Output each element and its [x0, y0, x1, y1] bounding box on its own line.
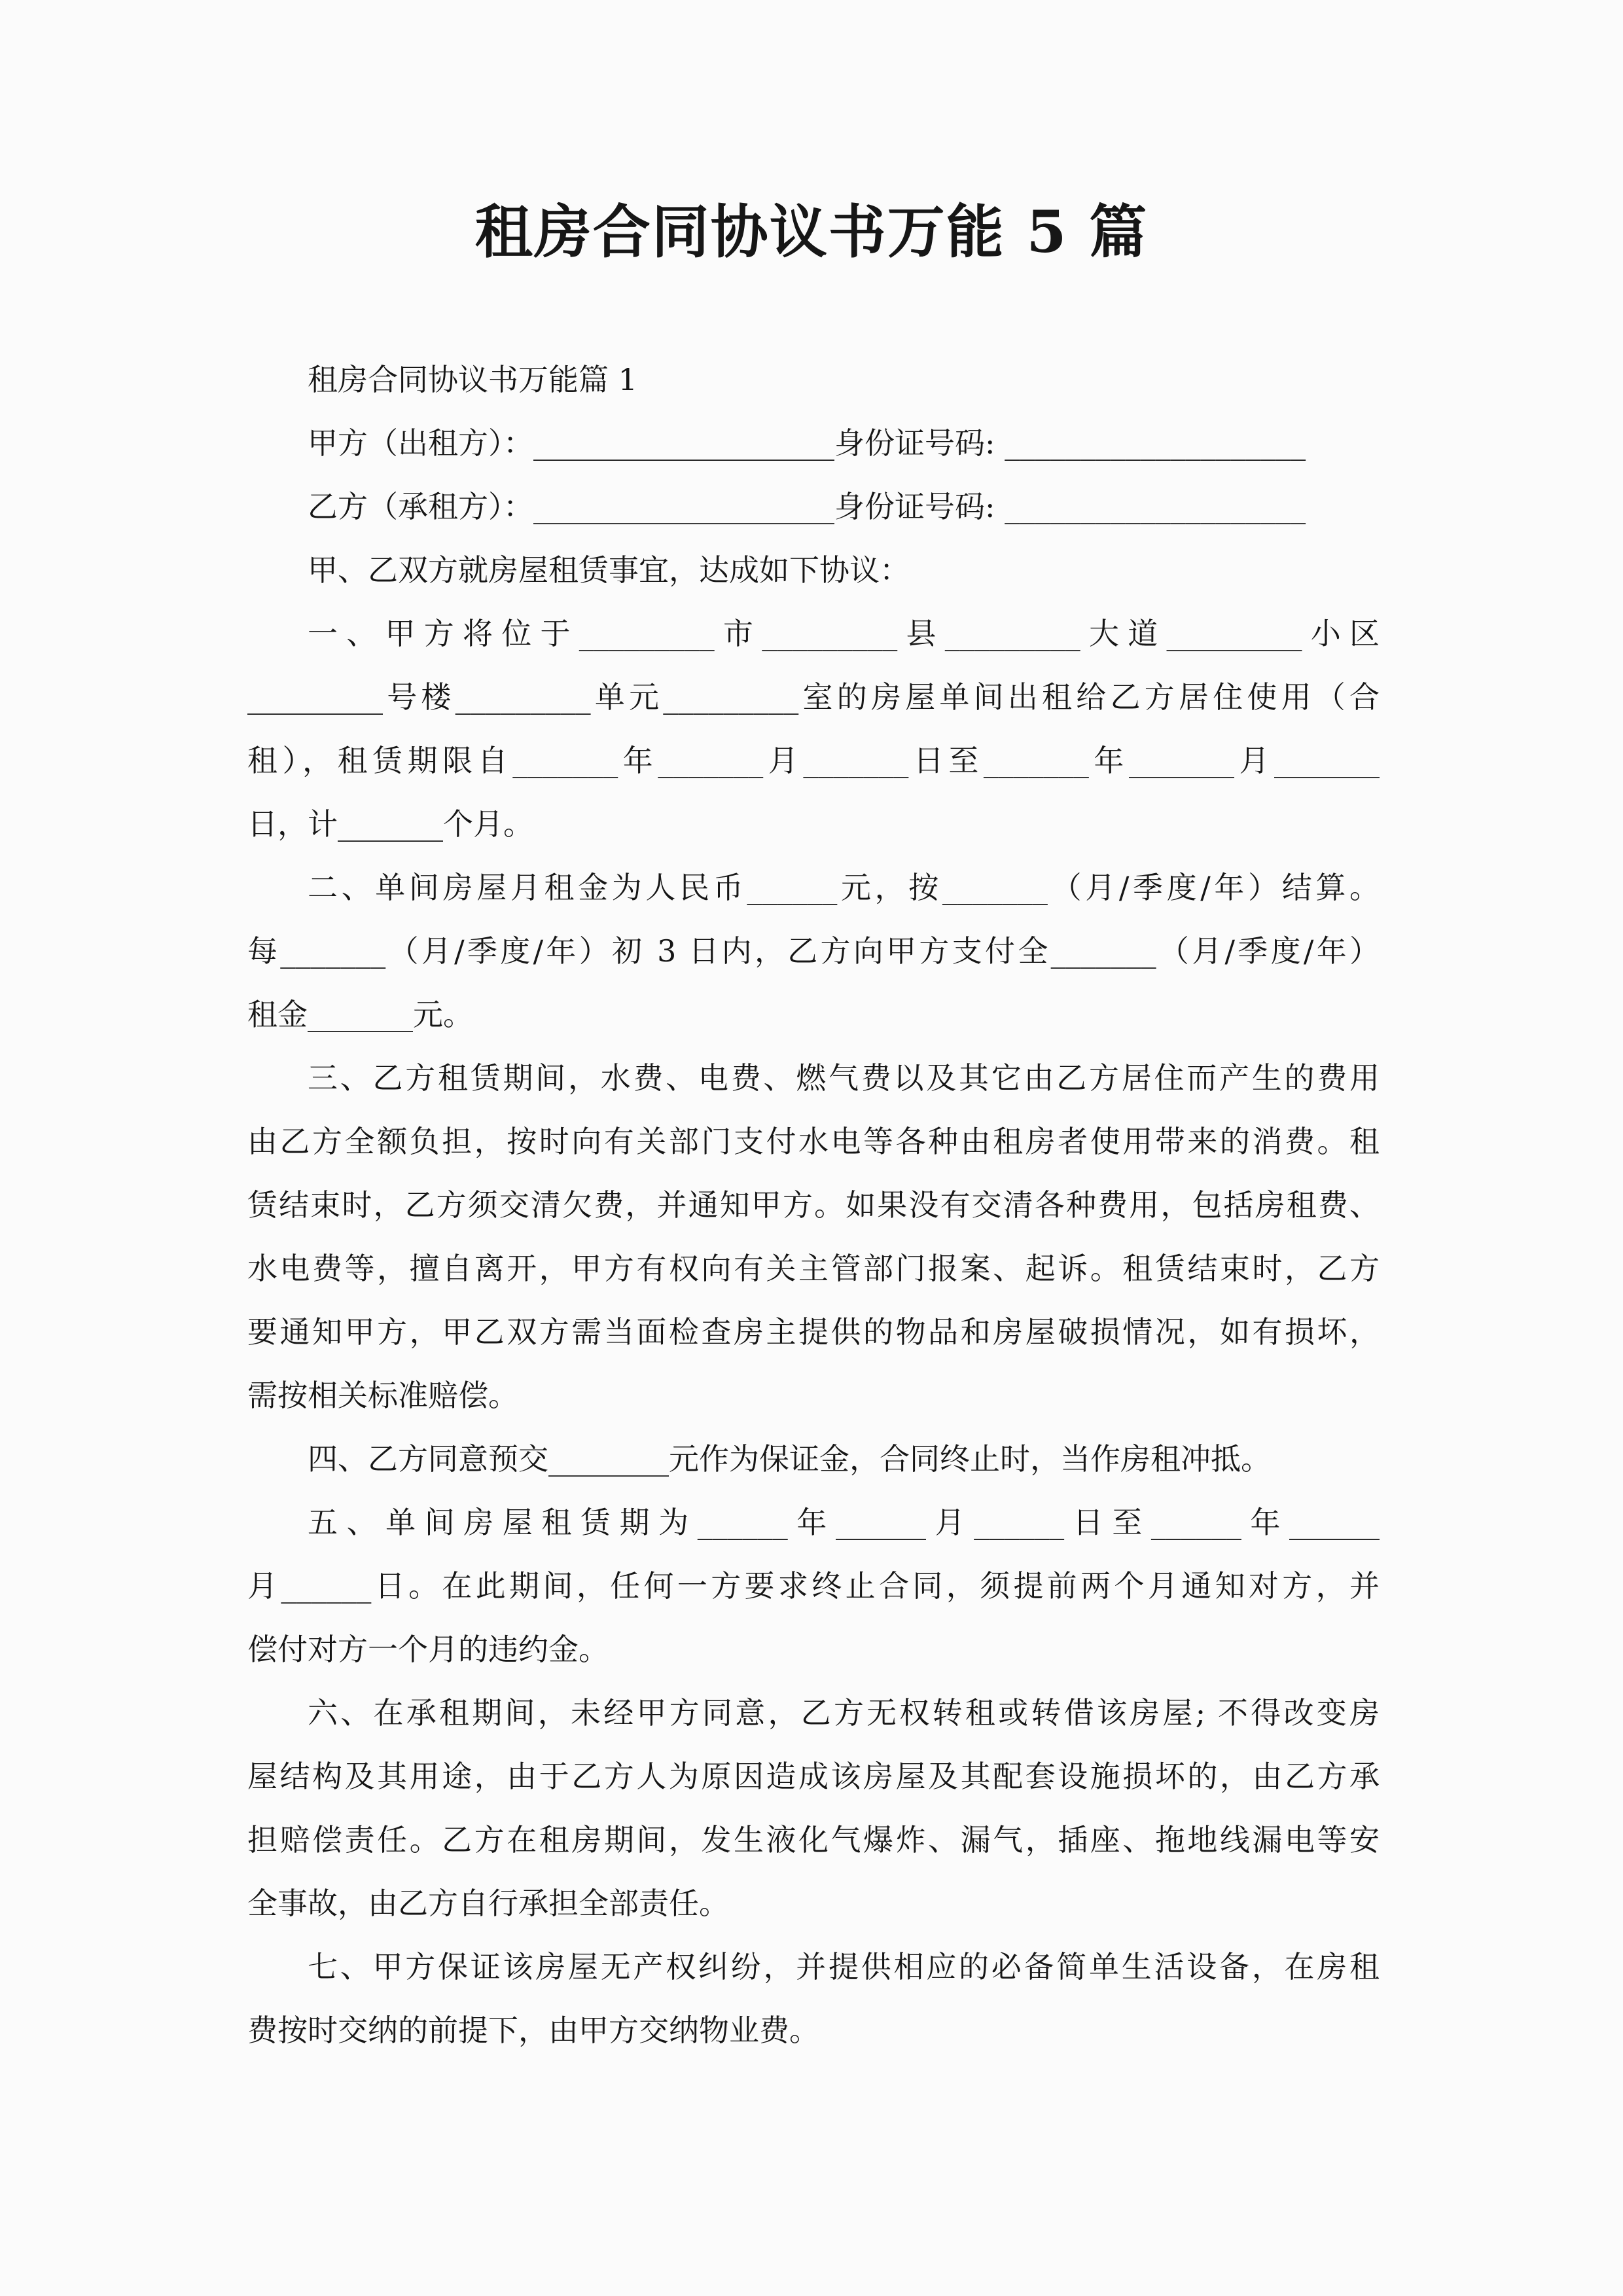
contract-line: 租金_______元。 — [247, 983, 1380, 1047]
document-title: 租房合同协议书万能 5 篇 — [0, 0, 1623, 268]
contract-line: 甲方（出租方）：____________________身份证号码: _____… — [247, 412, 1380, 475]
contract-line: 屋结构及其用途，由于乙方人为原因造成该房屋及其配套设施损坏的，由乙方承 — [247, 1745, 1380, 1808]
contract-line: 四、乙方同意预交________元作为保证金，合同终止时，当作房租冲抵。 — [247, 1427, 1380, 1491]
contract-line: 七、甲方保证该房屋无产权纠纷，并提供相应的必备简单生活设备，在房租 — [247, 1935, 1380, 1999]
contract-page: 租房合同协议书万能 5 篇 租房合同协议书万能篇 1甲方（出租方）：______… — [0, 0, 1623, 2296]
contract-line: 乙方（承租方）：____________________身份证号码: _____… — [247, 475, 1380, 539]
contract-line: _________号楼_________单元_________室的房屋单间出租给… — [247, 666, 1380, 729]
contract-line: 月______日。在此期间，任何一方要求终止合同，须提前两个月通知对方，并 — [247, 1554, 1380, 1618]
contract-line: 偿付对方一个月的违约金。 — [247, 1618, 1380, 1681]
contract-line: 需按相关标准赔偿。 — [247, 1364, 1380, 1427]
contract-line: 六、在承租期间，未经甲方同意，乙方无权转租或转借该房屋; 不得改变房 — [247, 1681, 1380, 1745]
contract-line: 水电费等，擅自离开，甲方有权向有关主管部门报案、起诉。租赁结束时，乙方 — [247, 1237, 1380, 1300]
contract-line: 赁结束时，乙方须交清欠费，并通知甲方。如果没有交清各种费用，包括房租费、 — [247, 1174, 1380, 1237]
contract-line: 日，计_______个月。 — [247, 793, 1380, 856]
contract-line: 租房合同协议书万能篇 1 — [247, 348, 1380, 412]
document-body: 租房合同协议书万能篇 1甲方（出租方）：____________________… — [247, 348, 1380, 2062]
contract-line: 由乙方全额负担，按时向有关部门支付水电等各种由租房者使用带来的消费。租 — [247, 1110, 1380, 1174]
contract-line: 二、单间房屋月租金为人民币______元，按_______（月/季度/年）结算。 — [247, 856, 1380, 920]
contract-line: 租），租赁期限自_______年_______月_______日至_______… — [247, 729, 1380, 793]
contract-line: 五、单间房屋租赁期为______年______月______日至______年_… — [247, 1491, 1380, 1554]
contract-line: 要通知甲方，甲乙双方需当面检查房主提供的物品和房屋破损情况，如有损坏， — [247, 1300, 1380, 1364]
contract-line: 担赔偿责任。乙方在租房期间，发生液化气爆炸、漏气，插座、拖地线漏电等安 — [247, 1808, 1380, 1872]
contract-line: 一、甲方将位于_________市_________县_________大道__… — [247, 602, 1380, 666]
contract-line: 甲、乙双方就房屋租赁事宜，达成如下协议： — [247, 539, 1380, 602]
contract-line: 全事故，由乙方自行承担全部责任。 — [247, 1872, 1380, 1935]
contract-line: 费按时交纳的前提下，由甲方交纳物业费。 — [247, 1999, 1380, 2062]
contract-line: 三、乙方租赁期间，水费、电费、燃气费以及其它由乙方居住而产生的费用 — [247, 1047, 1380, 1110]
contract-line: 每_______（月/季度/年）初 3 日内，乙方向甲方支付全_______（月… — [247, 920, 1380, 983]
